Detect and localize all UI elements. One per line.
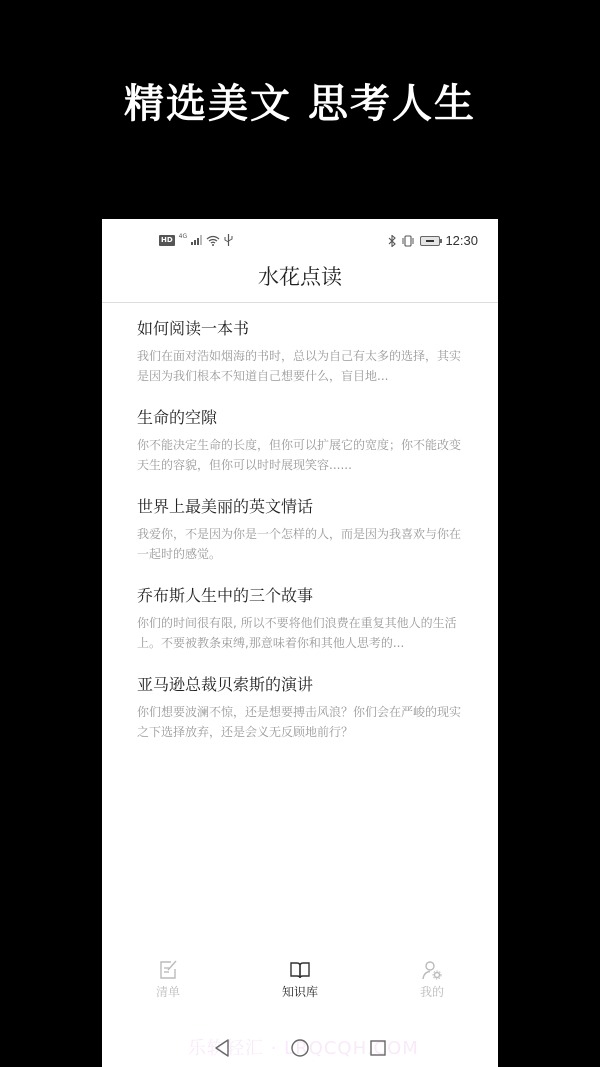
status-right: 12:30 [388,233,478,248]
phone-screen: HD 4G [102,219,498,1067]
hd-icon: HD [159,235,175,246]
article-summary: 我们在面对浩如烟海的书时，总以为自己有太多的选择，其实是因为我们根本不知道自己想… [137,346,467,386]
tab-label: 我的 [420,983,444,1000]
edit-list-icon [157,959,179,981]
back-icon[interactable] [212,1038,232,1058]
recents-icon[interactable] [368,1038,388,1058]
page-title: 水花点读 [102,263,498,291]
article-summary: 你不能决定生命的长度，但你可以扩展它的宽度；你不能改变天生的容貌，但你可以时时展… [137,435,467,475]
article-item[interactable]: 世界上最美丽的英文情话 我爱你，不是因为你是一个怎样的人，而是因为我喜欢与你在一… [137,495,467,564]
article-title: 世界上最美丽的英文情话 [137,495,467,519]
promo-headline: 精选美文 思考人生 [0,72,600,129]
usb-icon [224,234,233,246]
battery-charging-icon [420,236,440,246]
system-nav-bar [102,1029,498,1067]
wifi-icon [206,235,220,246]
article-summary: 你们想要波澜不惊，还是想要搏击风浪？你们会在严峻的现实之下选择放弃，还是会义无反… [137,702,467,742]
article-title: 如何阅读一本书 [137,317,467,341]
article-summary: 你们的时间很有限, 所以不要将他们浪费在重复其他人的生活上。不要被教条束缚,那意… [137,613,467,653]
article-title: 生命的空隙 [137,406,467,430]
status-bar: HD 4G [102,219,498,263]
signal-icon [191,235,202,245]
network-type: 4G [179,233,187,240]
article-item[interactable]: 乔布斯人生中的三个故事 你们的时间很有限, 所以不要将他们浪费在重复其他人的生活… [137,584,467,653]
article-item[interactable]: 如何阅读一本书 我们在面对浩如烟海的书时，总以为自己有太多的选择，其实是因为我们… [137,317,467,386]
article-title: 乔布斯人生中的三个故事 [137,584,467,608]
vibrate-icon [401,235,415,247]
article-item[interactable]: 生命的空隙 你不能决定生命的长度，但你可以扩展它的宽度；你不能改变天生的容貌，但… [137,406,467,475]
article-item[interactable]: 亚马逊总裁贝索斯的演讲 你们想要波澜不惊，还是想要搏击风浪？你们会在严峻的现实之… [137,673,467,742]
tab-knowledge-base[interactable]: 知识库 [234,959,366,1009]
bottom-tab-bar: 清单 知识库 我的 [102,959,498,1009]
status-time: 12:30 [445,233,478,248]
tab-label: 清单 [156,983,180,1000]
status-left: HD 4G [159,234,233,246]
article-list: 如何阅读一本书 我们在面对浩如烟海的书时，总以为自己有太多的选择，其实是因为我们… [137,317,467,762]
article-title: 亚马逊总裁贝索斯的演讲 [137,673,467,697]
tab-profile[interactable]: 我的 [366,959,498,1009]
bluetooth-icon [388,235,396,247]
open-book-icon [289,959,311,981]
user-settings-icon [421,959,443,981]
home-icon[interactable] [290,1038,310,1058]
article-summary: 我爱你，不是因为你是一个怎样的人，而是因为我喜欢与你在一起时的感觉。 [137,524,467,564]
tab-label: 知识库 [282,983,318,1000]
tab-list[interactable]: 清单 [102,959,234,1009]
app-header: 水花点读 [102,263,498,303]
